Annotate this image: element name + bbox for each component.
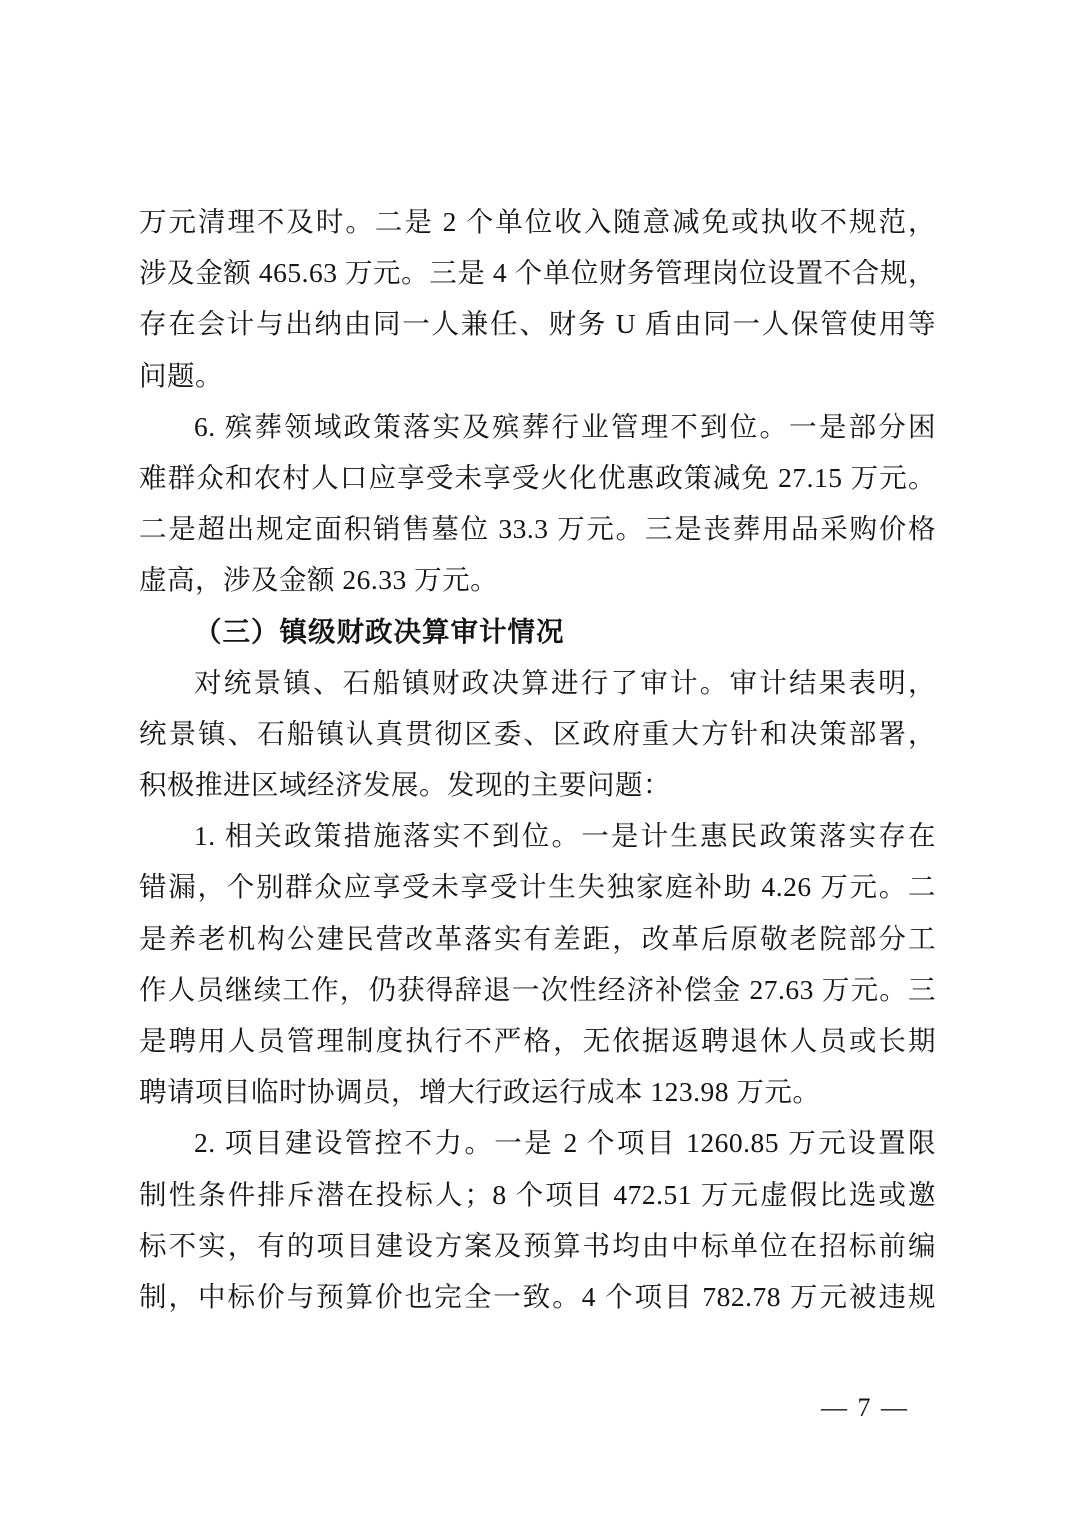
- text-line: 积极推进区域经济发展。发现的主要问题：: [139, 759, 936, 810]
- text-line: 标不实，有的项目建设方案及预算书均由中标单位在招标前编: [139, 1220, 936, 1271]
- page-number: — 7 —: [755, 1386, 975, 1430]
- text-line: 统景镇、石船镇认真贯彻区委、区政府重大方针和决策部署，: [139, 708, 936, 759]
- text-line: 错漏，个别群众应享受未享受计生失独家庭补助 4.26 万元。二: [139, 861, 936, 912]
- text-line: 2. 项目建设管控不力。一是 2 个项目 1260.85 万元设置限: [139, 1117, 936, 1168]
- text-line: 问题。: [139, 350, 936, 401]
- text-line: 难群众和农村人口应享受未享受火化优惠政策减免 27.15 万元。: [139, 452, 936, 503]
- text-line: 万元清理不及时。二是 2 个单位收入随意减免或执收不规范，: [139, 196, 936, 247]
- text-line: 是聘用人员管理制度执行不严格，无依据返聘退休人员或长期: [139, 1015, 936, 1066]
- text-line: 作人员继续工作，仍获得辞退一次性经济补偿金 27.63 万元。三: [139, 964, 936, 1015]
- text-line: 聘请项目临时协调员，增大行政运行成本 123.98 万元。: [139, 1066, 936, 1117]
- document-page: 万元清理不及时。二是 2 个单位收入随意减免或执收不规范， 涉及金额 465.6…: [0, 0, 1074, 1520]
- text-line: 虚高，涉及金额 26.33 万元。: [139, 554, 936, 605]
- text-line: 制，中标价与预算价也完全一致。4 个项目 782.78 万元被违规: [139, 1271, 936, 1322]
- text-line: 存在会计与出纳由同一人兼任、财务 U 盾由同一人保管使用等: [139, 298, 936, 349]
- text-line: 6. 殡葬领域政策落实及殡葬行业管理不到位。一是部分困: [139, 401, 936, 452]
- document-body: 万元清理不及时。二是 2 个单位收入随意减免或执收不规范， 涉及金额 465.6…: [139, 196, 936, 1322]
- text-line: 1. 相关政策措施落实不到位。一是计生惠民政策落实存在: [139, 810, 936, 861]
- text-line: 二是超出规定面积销售墓位 33.3 万元。三是丧葬用品采购价格: [139, 503, 936, 554]
- text-line: 涉及金额 465.63 万元。三是 4 个单位财务管理岗位设置不合规，: [139, 247, 936, 298]
- text-line: 是养老机构公建民营改革落实有差距，改革后原敬老院部分工: [139, 913, 936, 964]
- section-heading: （三）镇级财政决算审计情况: [139, 606, 936, 657]
- text-line: 对统景镇、石船镇财政决算进行了审计。审计结果表明，: [139, 657, 936, 708]
- text-line: 制性条件排斥潜在投标人；8 个项目 472.51 万元虚假比选或邀: [139, 1169, 936, 1220]
